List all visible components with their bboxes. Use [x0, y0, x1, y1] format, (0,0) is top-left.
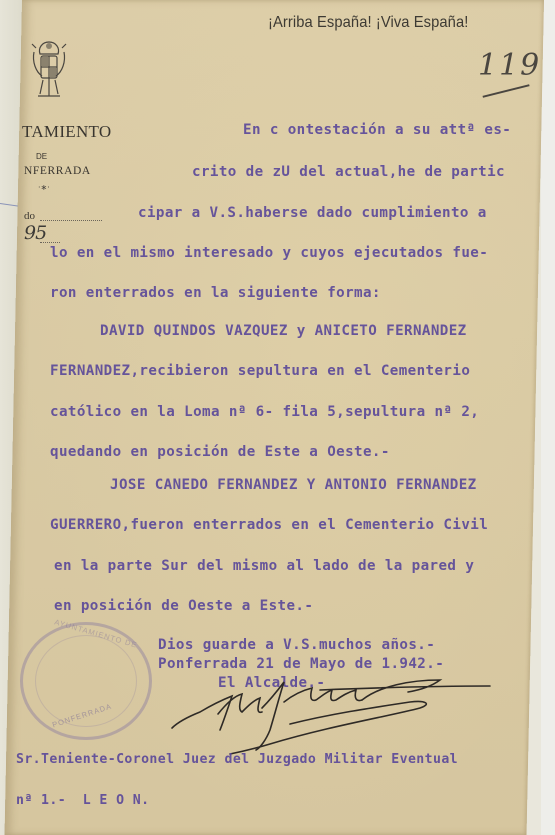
reference-number: 95 — [24, 222, 46, 244]
body-line: lo en el mismo interesado y cuyos ejecut… — [50, 245, 488, 261]
addressee-line: Sr.Teniente-Coronel Juez del Juzgado Mil… — [16, 752, 458, 767]
addressee-line: nª 1.- L E O N. — [16, 793, 149, 808]
coat-of-arms-icon — [30, 38, 68, 102]
scan-margin — [541, 0, 555, 835]
letterhead-ornament: ·∗· — [38, 183, 50, 192]
body-line: En c ontestación a su attª es- — [243, 122, 511, 138]
body-line: crito de zU del actual,he de partic — [192, 164, 505, 180]
body-line: en la parte Sur del mismo al lado de la … — [54, 558, 474, 574]
body-line: GUERRERO,fueron enterrados en el Cemente… — [50, 517, 488, 533]
closing-greeting: Dios guarde a V.S.muchos años.- — [158, 637, 435, 653]
letterhead-ayuntamiento: TAMIENTO — [22, 122, 112, 142]
folio-number: 119 — [478, 48, 541, 83]
body-line: DAVID QUINDOS VAZQUEZ y ANICETO FERNANDE… — [100, 323, 467, 339]
body-line: cipar a V.S.haberse dado cumplimiento a — [138, 205, 487, 221]
body-line: en posición de Oeste a Este.- — [54, 598, 313, 614]
body-line: ron enterrados en la siguiente forma: — [50, 285, 381, 301]
reference-dotted-line — [40, 220, 102, 221]
body-line: JOSE CANEDO FERNANDEZ Y ANTONIO FERNANDE… — [110, 477, 477, 493]
signature-icon — [170, 660, 500, 755]
body-line: quedando en posición de Este a Oeste.- — [50, 444, 390, 460]
body-line: FERNANDEZ,recibieron sepultura en el Cem… — [50, 363, 470, 379]
header-slogan: ¡Arriba España! ¡Viva España! — [268, 14, 468, 32]
official-stamp: AYUNTAMIENTO DE PONFERRADA — [20, 622, 152, 740]
letterhead-de: DE — [36, 152, 47, 161]
reference-label: do — [24, 210, 35, 222]
letterhead-ponferrada: NFERRADA — [24, 165, 91, 177]
body-line: católico en la Loma nª 6- fila 5,sepultu… — [50, 404, 479, 420]
